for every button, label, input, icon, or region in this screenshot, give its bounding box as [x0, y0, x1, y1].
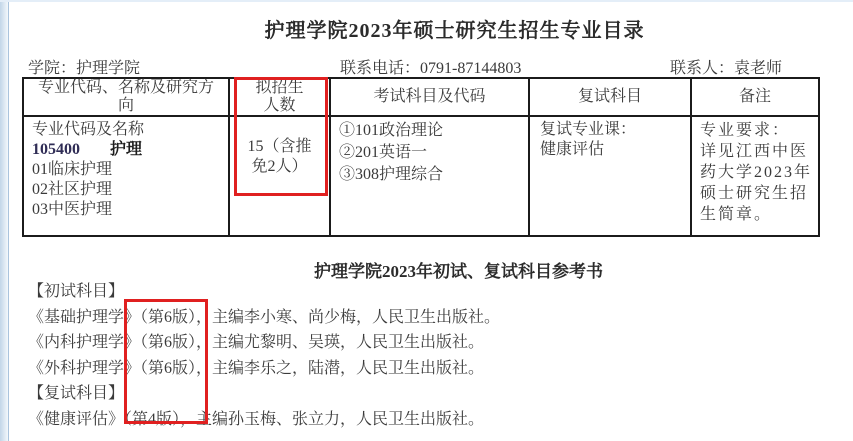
highlight-box-editions [124, 299, 208, 424]
col-header-remark: 备注 [691, 78, 819, 116]
col-header-program: 专业代码、名称及研究方 向 [23, 78, 229, 116]
col-header-retest: 复试科目 [529, 78, 691, 116]
program-code: 105400 [32, 141, 80, 158]
program-cell: 专业代码及名称 105400 护理 01临床护理 02社区护理 03中医护理 [23, 116, 229, 236]
program-name: 护理 [110, 141, 142, 158]
table-row: 专业代码及名称 105400 护理 01临床护理 02社区护理 03中医护理 1… [23, 116, 819, 236]
highlight-box-quota [234, 77, 328, 196]
info-college: 学院：护理学院 [28, 55, 140, 78]
direction-item: 01临床护理 [32, 160, 222, 180]
admissions-table: 专业代码、名称及研究方 向 拟招生 人数 考试科目及代码 复试科目 备注 专业代… [22, 77, 820, 237]
top-edge-strip [0, 0, 853, 2]
program-label: 专业代码及名称 [32, 120, 222, 140]
info-contact: 联系人：袁老师 [670, 55, 782, 78]
remark-cell: 专业要求： 详见江西中医 药大学2023年 硕士研究生招 生简章。 [691, 116, 819, 236]
table-header-row: 专业代码、名称及研究方 向 拟招生 人数 考试科目及代码 复试科目 备注 [23, 78, 819, 116]
left-edge-strip [0, 0, 9, 441]
program-line: 105400 护理 [32, 140, 222, 160]
direction-item: 03中医护理 [32, 200, 222, 220]
exam-subjects-cell: ①101政治理论 ②201英语一 ③308护理综合 [330, 116, 529, 236]
admissions-table-wrap: 专业代码、名称及研究方 向 拟招生 人数 考试科目及代码 复试科目 备注 专业代… [22, 77, 820, 237]
page-title: 护理学院2023年硕士研究生招生专业目录 [0, 14, 853, 43]
info-phone: 联系电话：0791-87144803 [340, 55, 521, 78]
retest-cell: 复试专业课： 健康评估 [529, 116, 691, 236]
direction-item: 02社区护理 [32, 180, 222, 200]
col-header-exam: 考试科目及代码 [330, 78, 529, 116]
